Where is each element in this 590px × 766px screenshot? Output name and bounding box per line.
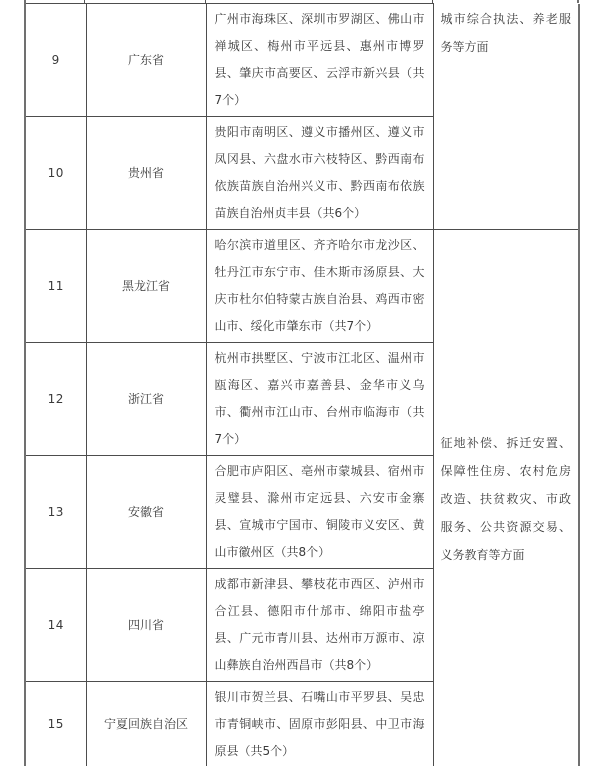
districts-cell: 成都市新津县、攀枝花市西区、泸州市合江县、德阳市什邡市、绵阳市盐亭县、广元市青川… bbox=[206, 569, 433, 682]
row-number-cell: 13 bbox=[25, 456, 86, 569]
row-number-cell: 15 bbox=[25, 682, 86, 766]
districts-cell: 杭州市拱墅区、宁波市江北区、温州市瓯海区、嘉兴市嘉善县、金华市义乌市、衢州市江山… bbox=[206, 343, 433, 456]
districts-cell: 广州市海珠区、深圳市罗湖区、佛山市禅城区、梅州市平远县、惠州市博罗县、肇庆市高要… bbox=[206, 4, 433, 117]
districts-cell: 合肥市庐阳区、亳州市蒙城县、宿州市灵璧县、滁州市定远县、六安市金寨县、宣城市宁国… bbox=[206, 456, 433, 569]
districts-cell: 银川市贺兰县、石嘴山市平罗县、吴忠市青铜峡市、固原市彭阳县、中卫市海原县（共5个… bbox=[206, 682, 433, 766]
province-cell: 安徽省 bbox=[86, 456, 206, 569]
table-row: 11 黑龙江省 哈尔滨市道里区、齐齐哈尔市龙沙区、牡丹江市东宁市、佳木斯市汤原县… bbox=[25, 230, 579, 343]
province-cell: 四川省 bbox=[86, 569, 206, 682]
table-body: 9 广东省 广州市海珠区、深圳市罗湖区、佛山市禅城区、梅州市平远县、惠州市博罗县… bbox=[25, 4, 579, 766]
districts-cell: 贵阳市南明区、遵义市播州区、遵义市凤冈县、六盘水市六枝特区、黔西南布依族苗族自治… bbox=[206, 117, 433, 230]
province-cell: 宁夏回族自治区 bbox=[86, 682, 206, 766]
province-cell: 贵州省 bbox=[86, 117, 206, 230]
districts-cell: 哈尔滨市道里区、齐齐哈尔市龙沙区、牡丹江市东宁市、佳木斯市汤原县、大庆市杜尔伯特… bbox=[206, 230, 433, 343]
province-cell: 浙江省 bbox=[86, 343, 206, 456]
row-number-cell: 14 bbox=[25, 569, 86, 682]
row-number-cell: 9 bbox=[25, 4, 86, 117]
row-number-cell: 12 bbox=[25, 343, 86, 456]
policy-area-cell-top: 城市综合执法、养老服务等方面 bbox=[433, 4, 579, 230]
row-number-cell: 11 bbox=[25, 230, 86, 343]
province-cell: 广东省 bbox=[86, 4, 206, 117]
policy-area-cell-main: 征地补偿、拆迁安置、保障性住房、农村危房改造、扶贫救灾、市政服务、公共资源交易、… bbox=[433, 230, 579, 766]
row-number-cell: 10 bbox=[25, 117, 86, 230]
province-cell: 黑龙江省 bbox=[86, 230, 206, 343]
table-row: 9 广东省 广州市海珠区、深圳市罗湖区、佛山市禅城区、梅州市平远县、惠州市博罗县… bbox=[25, 4, 579, 117]
province-pilot-table: 9 广东省 广州市海珠区、深圳市罗湖区、佛山市禅城区、梅州市平远县、惠州市博罗县… bbox=[24, 3, 580, 766]
document-page: 9 广东省 广州市海珠区、深圳市罗湖区、佛山市禅城区、梅州市平远县、惠州市博罗县… bbox=[0, 0, 590, 766]
